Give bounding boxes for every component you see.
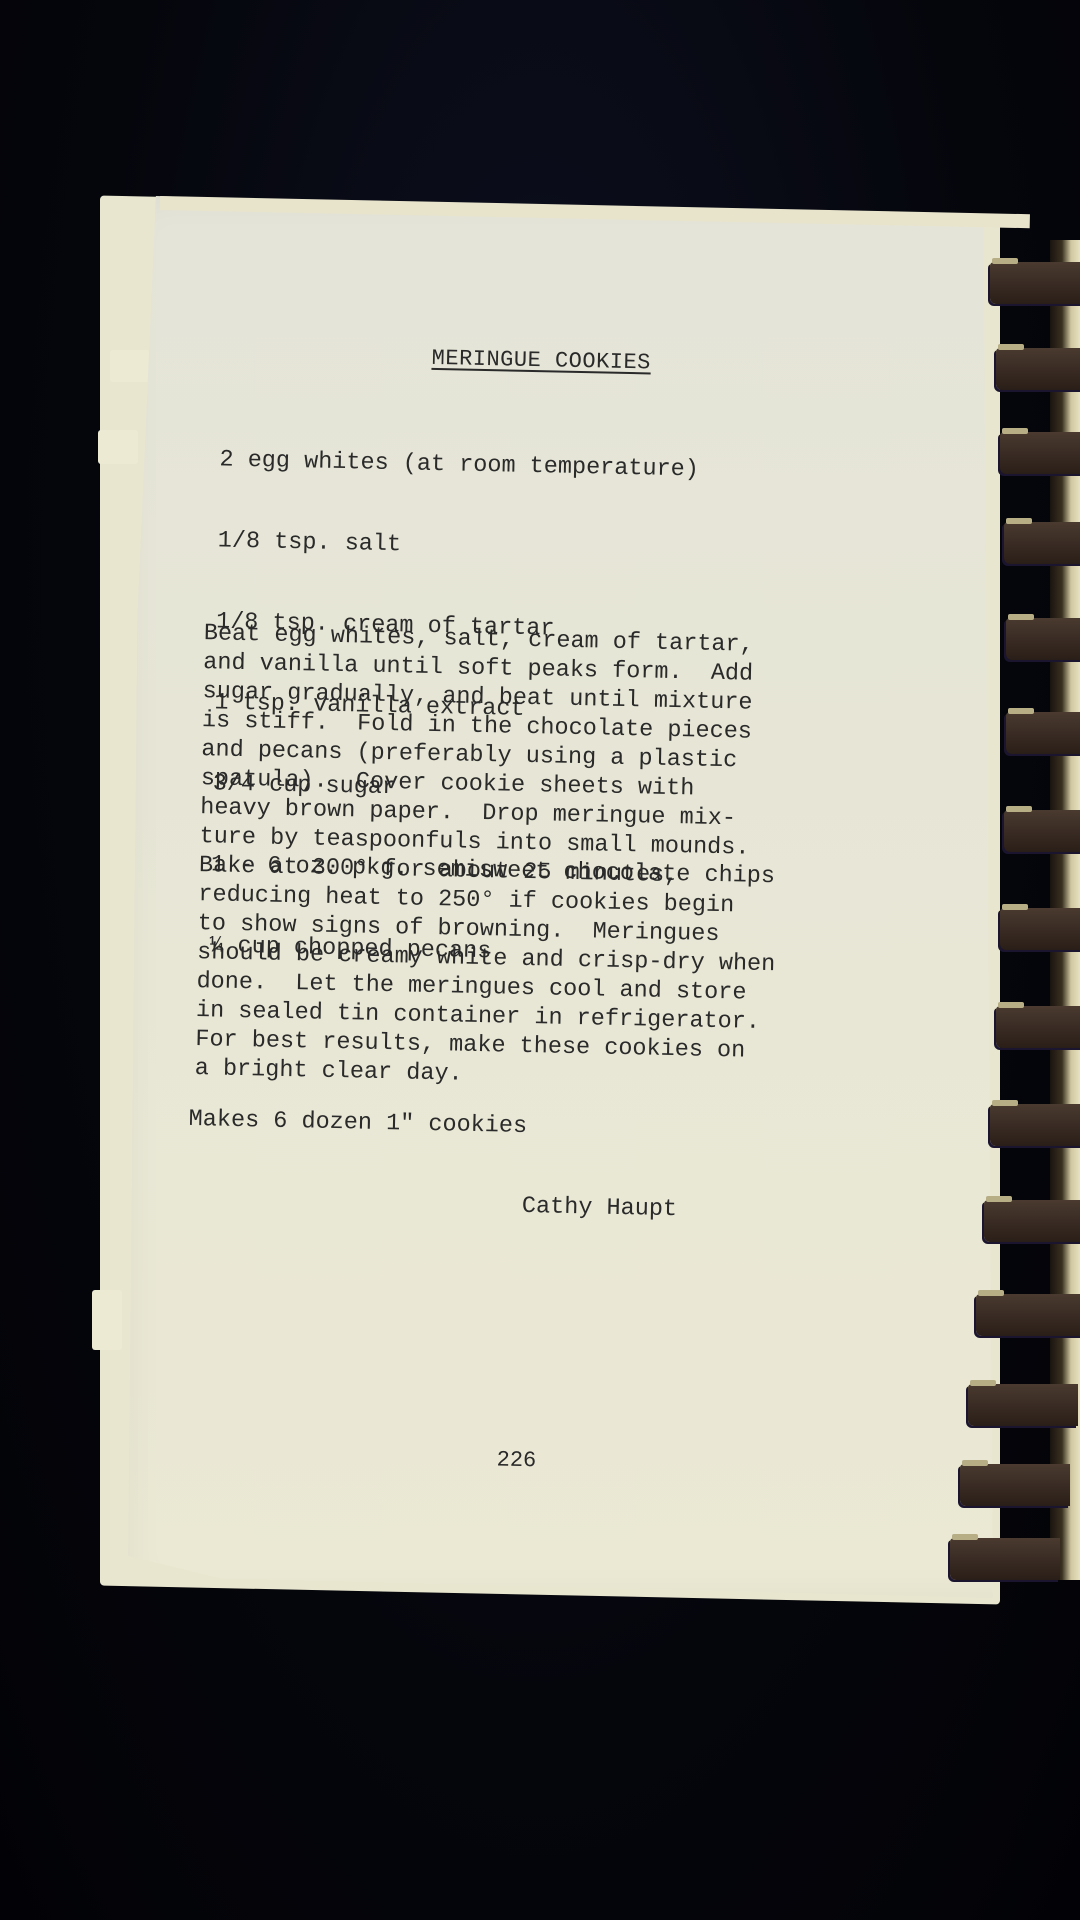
spiral-coil-loop bbox=[984, 1200, 1080, 1242]
page-tab-1 bbox=[110, 350, 150, 382]
spiral-coil-loop bbox=[1000, 432, 1080, 474]
spiral-coil-loop bbox=[996, 1006, 1080, 1048]
spiral-coil-loop bbox=[976, 1294, 1080, 1336]
ingredient-item: 1/8 tsp. salt bbox=[218, 527, 783, 566]
spiral-coil-loop bbox=[1006, 618, 1080, 660]
spiral-coil-loop bbox=[990, 1104, 1080, 1146]
spiral-coil-loop bbox=[950, 1538, 1060, 1580]
spiral-coil-loop bbox=[960, 1464, 1070, 1506]
page-number: 226 bbox=[496, 1446, 536, 1474]
spiral-coil-loop bbox=[1004, 810, 1080, 852]
spiral-coil-loop bbox=[1000, 908, 1080, 950]
spiral-coil-loop bbox=[1006, 712, 1080, 754]
ingredient-item: 2 egg whites (at room temperature) bbox=[219, 446, 784, 485]
spiral-coil-loop bbox=[990, 262, 1080, 304]
photo-scene: MERINGUE COOKIES 2 egg whites (at room t… bbox=[0, 0, 1080, 1920]
method-paragraph: Beat egg whites, salt, cream of tartar, … bbox=[194, 620, 924, 1099]
page-tab-3 bbox=[92, 1290, 122, 1350]
spiral-coil-loop bbox=[996, 348, 1080, 390]
spiral-coil-loop bbox=[1004, 522, 1080, 564]
recipe-title: MERINGUE COOKIES bbox=[431, 345, 651, 377]
recipe-author: Cathy Haupt bbox=[522, 1193, 678, 1223]
spiral-coil-loop bbox=[968, 1384, 1078, 1426]
page-tab-2 bbox=[98, 430, 138, 464]
